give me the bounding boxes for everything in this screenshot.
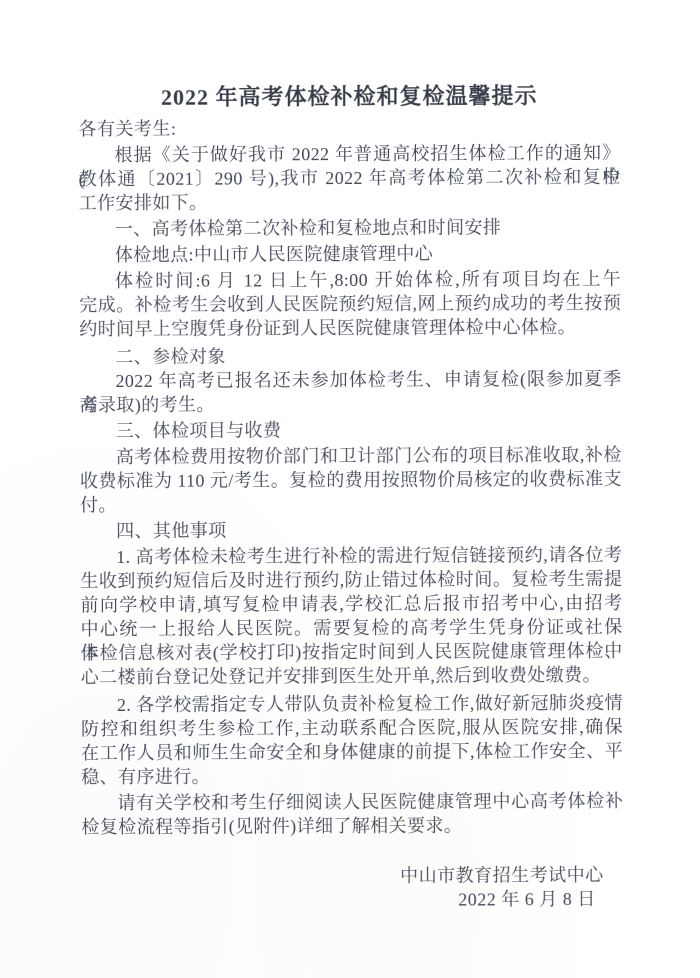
body-line: 2. 各学校需指定专人带队负责补检复检工作,做好新冠肺炎疫情 [81, 691, 623, 717]
issuing-authority: 中山市教育招生考试中心 [82, 863, 624, 889]
body-line: 完成。补检考生会收到人民医院预约短信,网上预约成功的考生按预 [79, 291, 621, 317]
body-line: 体检信息核对表(学校打印)按指定时间到人民医院健康管理体检中 [81, 639, 623, 665]
scanned-notice-page: 2022 年高考体检补检和复检温馨提示 各有关考生: 根据《关于做好我市 202… [0, 0, 700, 978]
body-line: 体检时间:6 月 12 日上午,8:00 开始体检,所有项目均在上午 [79, 267, 621, 293]
body-line: 1. 高考体检未检考生进行补检的需进行短信链接预约,请各位考 [80, 543, 622, 569]
body-line: 一、高考体检第二次补检和复检地点和时间安排 [79, 215, 621, 241]
body-line: 二、参检对象 [79, 343, 621, 369]
document-sheet: 2022 年高考体检补检和复检温馨提示 各有关考生: 根据《关于做好我市 202… [78, 81, 624, 913]
body-line: 体检地点:中山市人民医院健康管理中心 [79, 241, 621, 267]
body-line: 在工作人员和师生生命安全和身体健康的前提下,体检工作安全、平 [81, 739, 623, 765]
signature-block: 中山市教育招生考试中心 2022 年 6 月 8 日 [82, 863, 624, 913]
body-line: 三、体检项目与收费 [80, 417, 622, 443]
body-line: 高考体检费用按物价部门和卫计部门公布的项目标准收取,补检 [80, 443, 622, 469]
body-line: 付。 [80, 491, 622, 517]
body-line: 根据《关于做好我市 2022 年普通高校招生体检工作的通知》(中 [78, 141, 620, 167]
body-line: 检复检流程等指引(见附件)详细了解相关要求。 [81, 813, 623, 839]
body-line: 2022 年高考已报名还未参加体检考生、申请复检(限参加夏季高 [79, 367, 621, 393]
body-line: 约时间早上空腹凭身份证到人民医院健康管理体检中心体检。 [79, 315, 621, 341]
document-body: 根据《关于做好我市 2022 年普通高校招生体检工作的通知》(中教体通〔2021… [78, 141, 623, 839]
document-title: 2022 年高考体检补检和复检温馨提示 [78, 81, 620, 113]
body-line: 生收到预约短信后及时进行预约,防止错过体检时间。复检考生需提 [80, 567, 622, 593]
body-line: 稳、有序进行。 [81, 763, 623, 789]
body-line: 考录取)的考生。 [80, 391, 622, 417]
issue-date: 2022 年 6 月 8 日 [82, 887, 624, 913]
body-line: 前向学校申请,填写复检申请表,学校汇总后报市招考中心,由招考 [80, 591, 622, 617]
body-line: 防控和组织考生参检工作,主动联系配合医院,服从医院安排,确保 [81, 715, 623, 741]
salutation-line: 各有关考生: [78, 115, 620, 141]
body-line: 教体通〔2021〕290 号),我市 2022 年高考体检第二次补检和复检 [79, 165, 621, 191]
body-line: 请有关学校和考生仔细阅读人民医院健康管理中心高考体检补 [81, 789, 623, 815]
body-line: 心二楼前台登记处登记并安排到医生处开单,然后到收费处缴费。 [81, 663, 623, 689]
body-line: 中心统一上报给人民医院。需要复检的高考学生凭身份证或社保卡、 [81, 615, 623, 641]
body-line: 收费标准为 110 元/考生。复检的费用按照物价局核定的收费标准支 [80, 467, 622, 493]
body-line: 四、其他事项 [80, 517, 622, 543]
body-line: 工作安排如下。 [79, 189, 621, 215]
